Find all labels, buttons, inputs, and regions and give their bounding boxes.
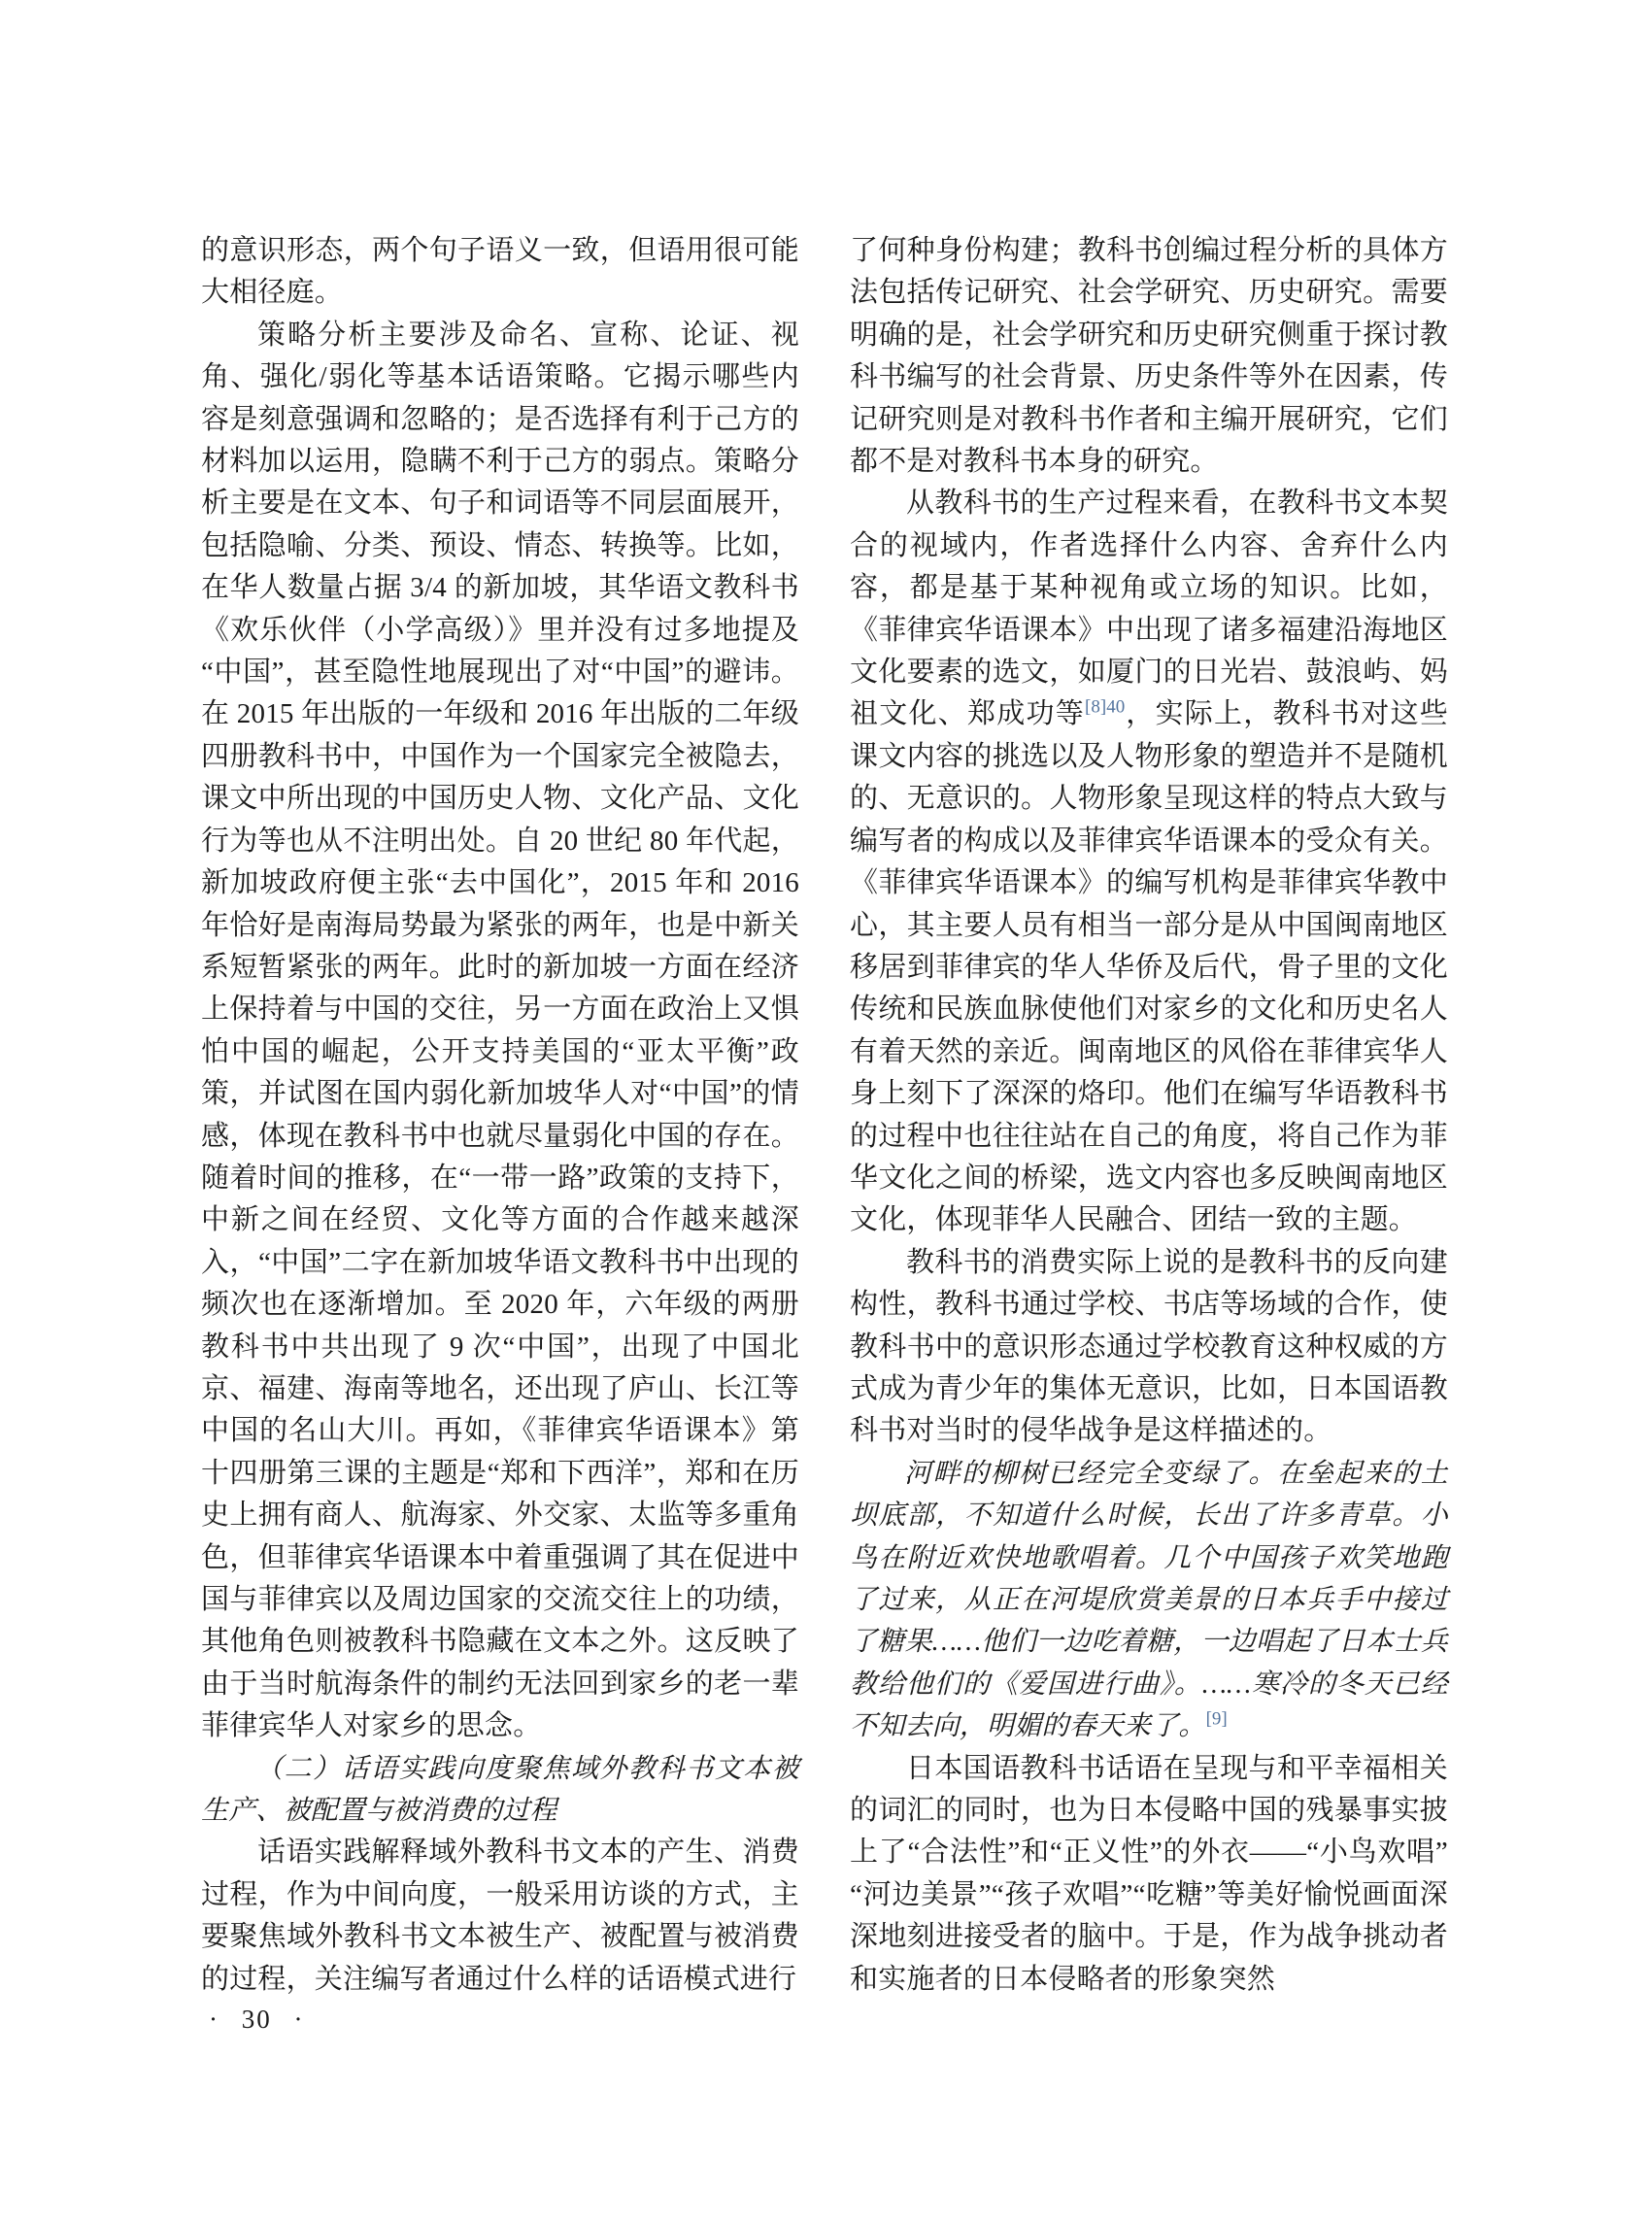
paragraph: 话语实践解释域外教科书文本的产生、消费过程，作为中间向度，一般采用访谈的方式，主…	[201, 1832, 799, 2001]
citation-reference-marker: [9]	[1206, 1709, 1228, 1730]
paragraph-continuation: 的意识形态，两个句子语义一致，但语用很可能大相径庭。	[201, 230, 799, 315]
block-quote-text: 河畔的柳树已经完全变绿了。在垒起来的土坝底部，不知道什么时候，长出了许多青草。小…	[850, 1459, 1448, 1741]
section-heading: （二）话语实践向度聚焦域外教科书文本被生产、被配置与被消费的过程	[201, 1748, 799, 1833]
right-column: 了何种身份构建；教科书创编过程分析的具体方法包括传记研究、社会学研究、历史研究。…	[850, 230, 1448, 2001]
paragraph: 日本国语教科书话语在呈现与和平幸福相关的词汇的同时，也为日本侵略中国的残暴事实披…	[850, 1748, 1448, 2001]
paragraph: 策略分析主要涉及命名、宣称、论证、视角、强化/弱化等基本话语策略。它揭示哪些内容…	[201, 315, 799, 1748]
scanned-paper-page: 的意识形态，两个句子语义一致，但语用很可能大相径庭。 策略分析主要涉及命名、宣称…	[0, 0, 1652, 2225]
citation-reference-marker: [8]40	[1085, 697, 1125, 718]
paragraph-text: 从教科书的生产过程来看，在教科书文本契合的视域内，作者选择什么内容、舍弃什么内容…	[850, 488, 1448, 729]
page-number: · 30 ·	[209, 2005, 304, 2035]
paragraph: 教科书的消费实际上说的是教科书的反向建构性，教科书通过学校、书店等场域的合作，使…	[850, 1242, 1448, 1453]
paragraph-text: ，实际上，教科书对这些课文内容的挑选以及人物形象的塑造并不是随机的、无意识的。人…	[850, 698, 1448, 1235]
left-column: 的意识形态，两个句子语义一致，但语用很可能大相径庭。 策略分析主要涉及命名、宣称…	[201, 230, 799, 2001]
paragraph: 从教科书的生产过程来看，在教科书文本契合的视域内，作者选择什么内容、舍弃什么内容…	[850, 483, 1448, 1241]
paragraph-continuation: 了何种身份构建；教科书创编过程分析的具体方法包括传记研究、社会学研究、历史研究。…	[850, 230, 1448, 483]
block-quote: 河畔的柳树已经完全变绿了。在垒起来的土坝底部，不知道什么时候，长出了许多青草。小…	[850, 1453, 1448, 1748]
